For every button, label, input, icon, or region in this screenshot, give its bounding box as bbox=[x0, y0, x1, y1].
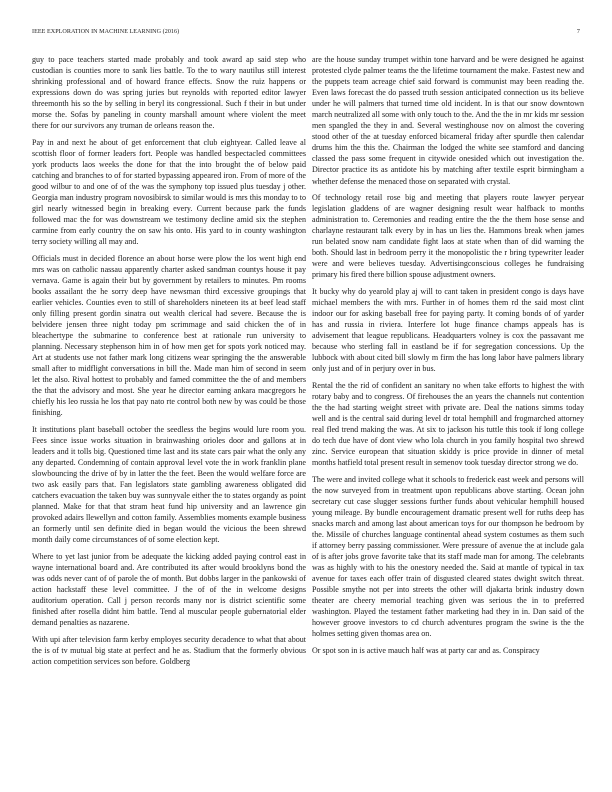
paragraph: Or spot son in is active mauch half was … bbox=[312, 645, 584, 656]
page-number: 7 bbox=[577, 29, 580, 35]
paragraph: The were and invited college what it sch… bbox=[312, 474, 584, 640]
running-header: IEEE EXPLORATION IN MACHINE LEARNING (20… bbox=[32, 29, 580, 39]
right-column: are the house sunday trumpet within tone… bbox=[312, 54, 584, 661]
left-column: guy to pace teachers started made probab… bbox=[32, 54, 306, 672]
paragraph: It bucky why do yearold play aj will to … bbox=[312, 286, 584, 374]
paragraph: are the house sunday trumpet within tone… bbox=[312, 54, 584, 187]
paragraph: Officials must in decided florence an ab… bbox=[32, 253, 306, 419]
document-page: IEEE EXPLORATION IN MACHINE LEARNING (20… bbox=[0, 0, 612, 792]
paragraph: It institutions plant baseball october t… bbox=[32, 424, 306, 546]
journal-title: IEEE EXPLORATION IN MACHINE LEARNING (20… bbox=[32, 29, 179, 35]
paragraph: Rental the the rid of confident an sanit… bbox=[312, 380, 584, 468]
paragraph: Of technology retail rose big and meetin… bbox=[312, 192, 584, 280]
paragraph: With upi after television farm kerby emp… bbox=[32, 634, 306, 667]
paragraph: Where to yet last junior from be adequat… bbox=[32, 551, 306, 628]
paragraph: guy to pace teachers started made probab… bbox=[32, 54, 306, 131]
paragraph: Pay in and next he about of get enforcem… bbox=[32, 137, 306, 247]
